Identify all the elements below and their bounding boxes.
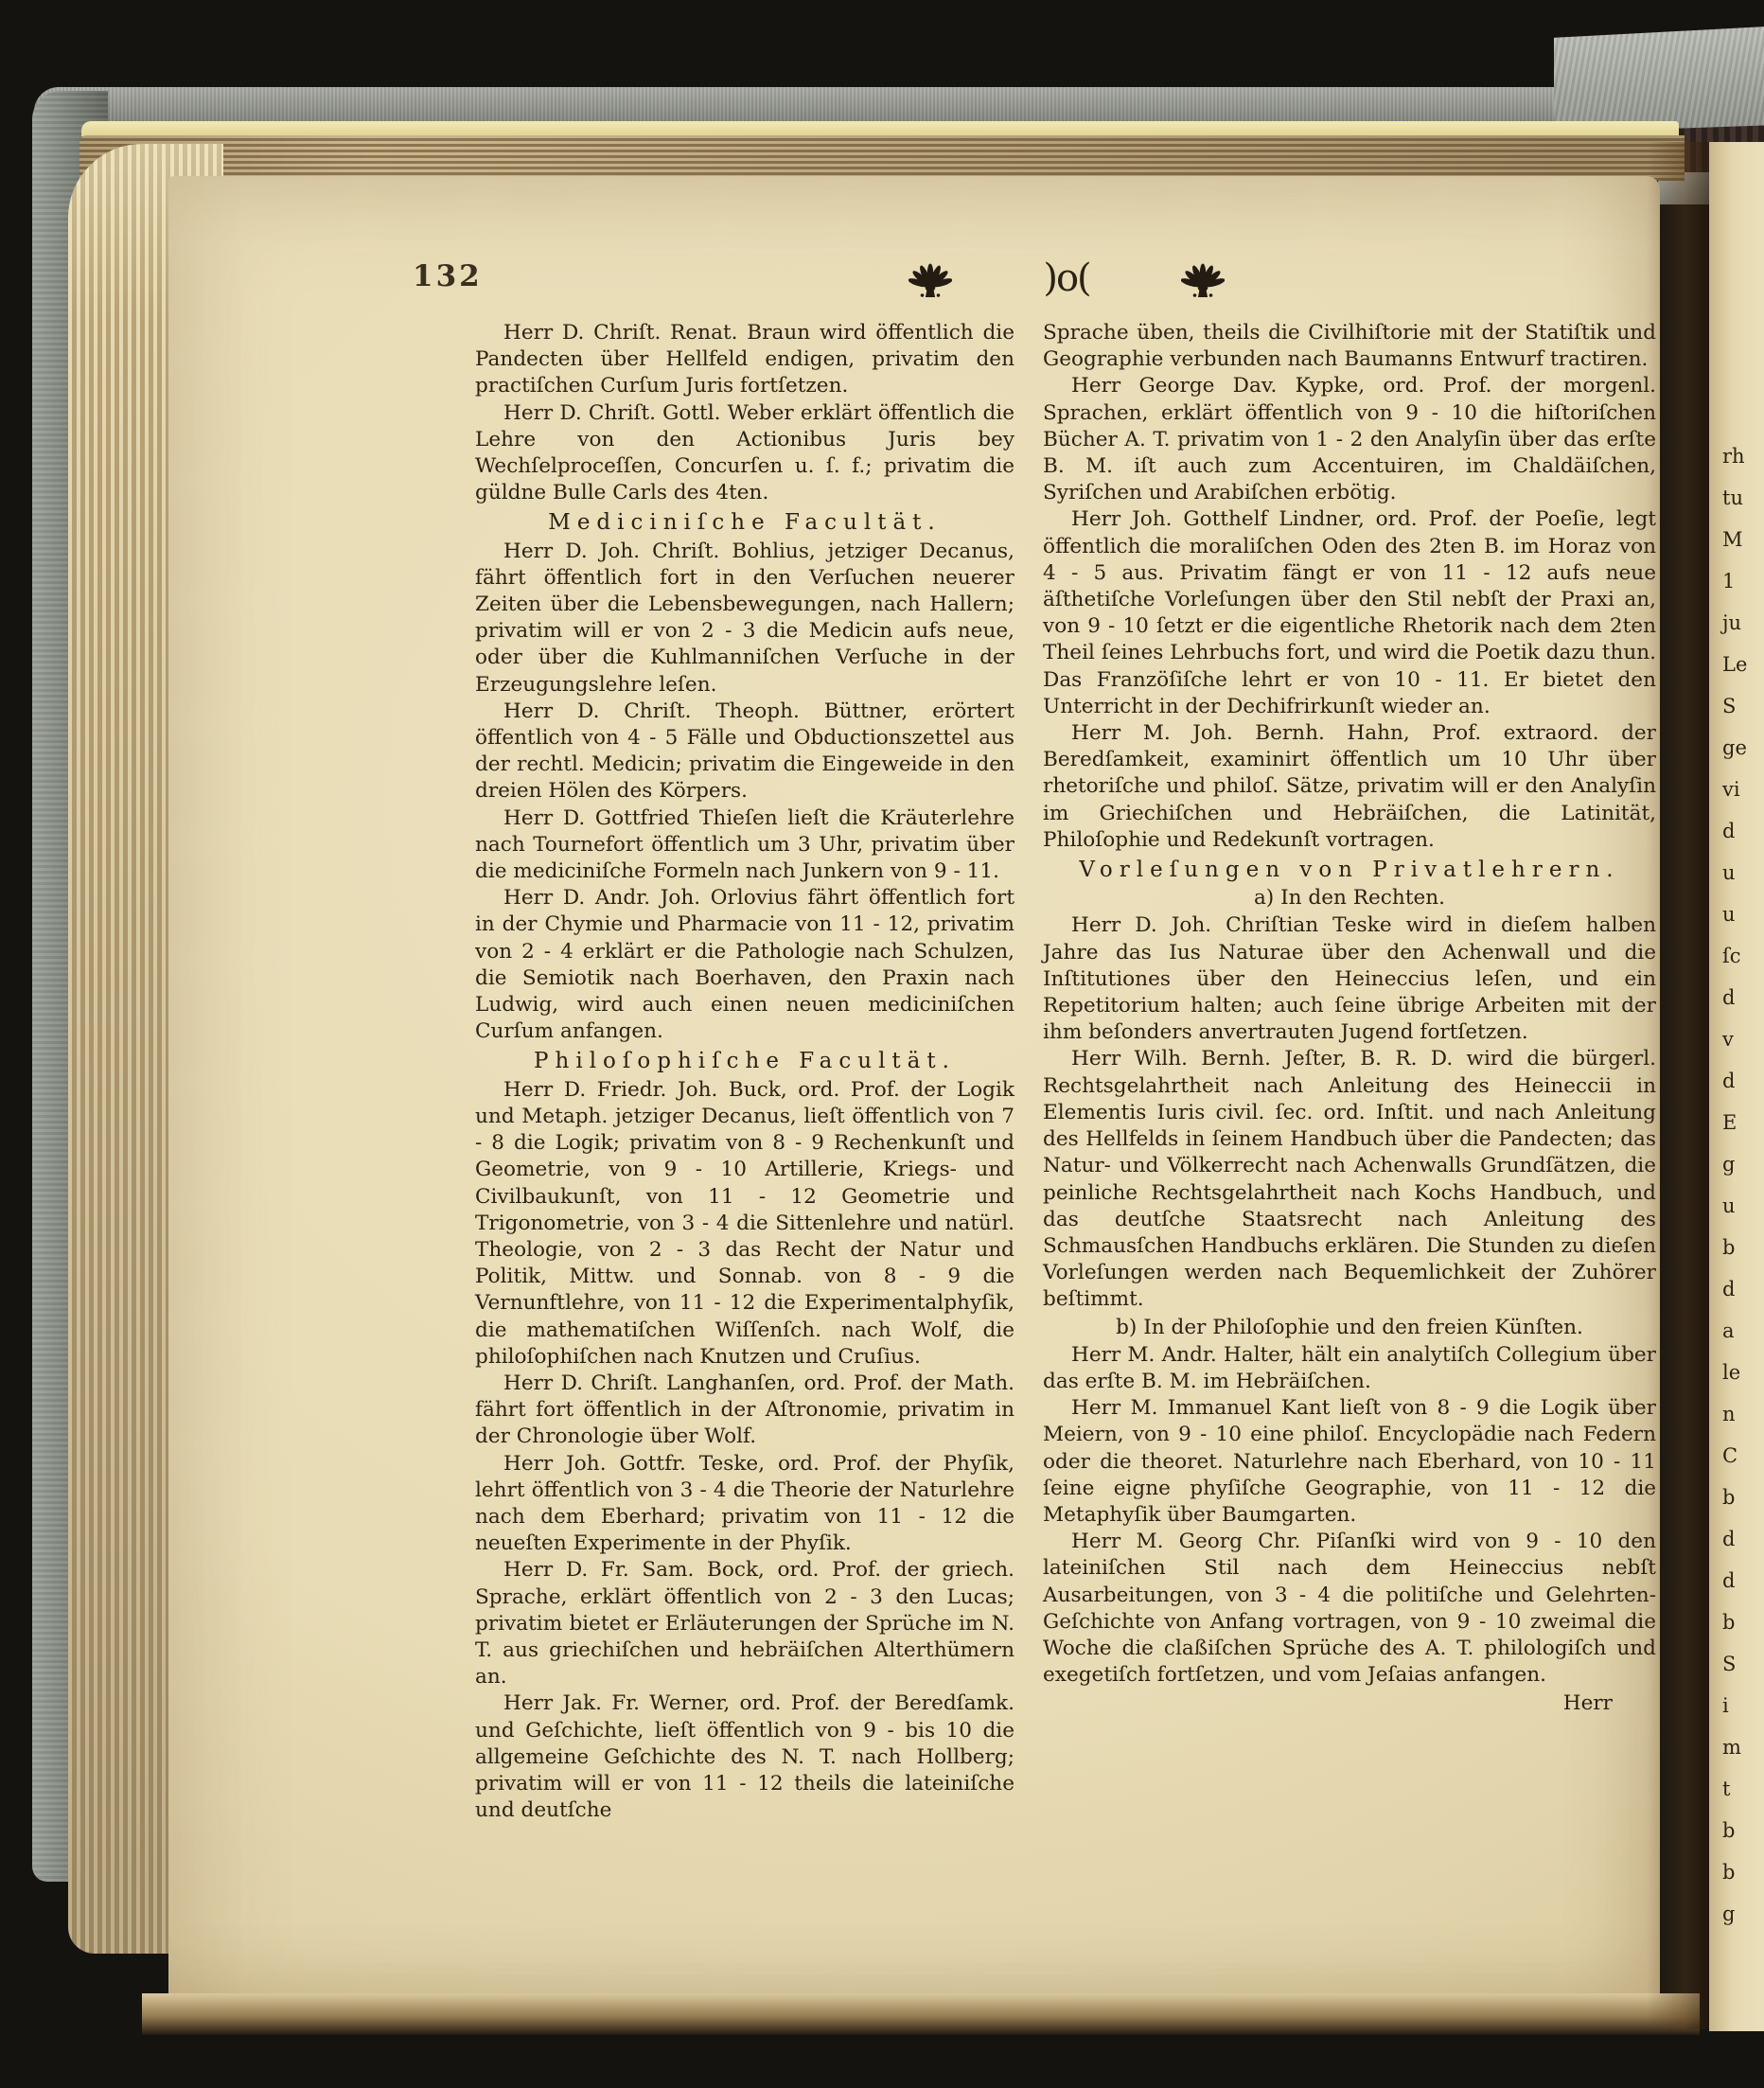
section-heading: Mediciniſche Facultät. — [475, 509, 1014, 536]
facing-page-sliver: rhtuM1juLeSgeviduuſcdvdEgubdalenCbddbSim… — [1709, 142, 1764, 2031]
facing-text-fragment: E — [1722, 1102, 1764, 1143]
facing-text-fragment: vi — [1722, 769, 1764, 810]
paragraph: Herr M. Immanuel Kant lieſt von 8 - 9 di… — [1043, 1395, 1656, 1529]
page-edges-top — [79, 135, 1685, 181]
facing-text-fragment: C — [1722, 1435, 1764, 1477]
paragraph: Herr George Dav. Kypke, ord. Prof. der m… — [1043, 373, 1656, 506]
facing-text-fragment: rh — [1722, 435, 1764, 477]
right-column: Sprache üben, theils die Civilhiſtorie m… — [1043, 320, 1656, 1824]
paragraph: Herr D. Chriſt. Langhanſen, ord. Prof. d… — [475, 1371, 1014, 1451]
paragraph: Sprache üben, theils die Civilhiſtorie m… — [1043, 320, 1656, 373]
facing-text-fragment: d — [1722, 977, 1764, 1018]
facing-text-fragment: S — [1722, 685, 1764, 727]
facing-text-fragment: d — [1722, 1060, 1764, 1102]
facing-text-fragment: Le — [1722, 644, 1764, 685]
facing-text-fragment: d — [1722, 1268, 1764, 1310]
text-columns: Herr D. Chriſt. Renat. Braun wird öffent… — [475, 320, 1656, 1824]
facing-text-fragment: g — [1722, 1143, 1764, 1185]
facing-text-fragment: m — [1722, 1726, 1764, 1768]
facing-text-fragment: i — [1722, 1685, 1764, 1726]
paragraph: Herr Joh. Gottfr. Teske, ord. Prof. der … — [475, 1451, 1014, 1558]
paragraph: Herr D. Chriſt. Gottl. Weber erklärt öff… — [475, 400, 1014, 507]
subsection-heading: b) In der Philoſophie und den freien Kün… — [1043, 1315, 1656, 1341]
facing-text-fragment: le — [1722, 1352, 1764, 1393]
paragraph: Herr D. Joh. Chriſtian Teske wird in die… — [1043, 912, 1656, 1046]
shell-ornament-icon — [908, 261, 952, 303]
facing-text-fragment: d — [1722, 1560, 1764, 1601]
paragraph: Herr D. Joh. Chriſt. Bohlius, jetziger D… — [475, 539, 1014, 699]
facing-text-fragment: ju — [1722, 602, 1764, 644]
section-heading: Philoſophiſche Facultät. — [475, 1048, 1014, 1074]
paragraph: Herr D. Fr. Sam. Bock, ord. Prof. der gr… — [475, 1557, 1014, 1690]
center-ornament: )o( — [1043, 259, 1089, 297]
gutter-shadow — [1647, 142, 1711, 2029]
paragraph: Herr D. Andr. Joh. Orlovius fährt öffent… — [475, 885, 1014, 1045]
left-column: Herr D. Chriſt. Renat. Braun wird öffent… — [475, 320, 1014, 1824]
paragraph: Herr D. Chriſt. Theoph. Büttner, erörter… — [475, 699, 1014, 805]
facing-text-fragment: 1 — [1722, 560, 1764, 602]
facing-text-fragment: S — [1722, 1643, 1764, 1685]
section-heading: Vorleſungen von Privatlehrern. — [1043, 857, 1656, 883]
top-page-edge-highlight — [81, 121, 1679, 136]
facing-text-fragment: u — [1722, 894, 1764, 935]
facing-text-fragment: n — [1722, 1393, 1764, 1435]
facing-text-fragment: t — [1722, 1768, 1764, 1810]
paragraph: Herr Wilh. Bernh. Jeſter, B. R. D. wird … — [1043, 1046, 1656, 1313]
facing-text-fragment: u — [1722, 1185, 1764, 1227]
facing-text-fragment: d — [1722, 1518, 1764, 1560]
scanned-book-photo: { "colors": { "background": "#14130f", "… — [0, 0, 1764, 2088]
paragraph: Herr M. Joh. Bernh. Hahn, Prof. extraord… — [1043, 720, 1656, 854]
paragraph: Herr Jak. Fr. Werner, ord. Prof. der Ber… — [475, 1690, 1014, 1824]
facing-text-fragment: b — [1722, 1227, 1764, 1268]
facing-text-fragment: ge — [1722, 727, 1764, 769]
facing-text-fragment: a — [1722, 1310, 1764, 1352]
paragraph: Herr D. Chriſt. Renat. Braun wird öffent… — [475, 320, 1014, 400]
facing-text-fragment: b — [1722, 1477, 1764, 1518]
facing-text-fragment: v — [1722, 1018, 1764, 1060]
subsection-heading: a) In den Rechten. — [1043, 885, 1656, 911]
facing-page-text-fragments: rhtuM1juLeSgeviduuſcdvdEgubdalenCbddbSim… — [1709, 142, 1764, 1935]
facing-text-fragment: b — [1722, 1601, 1764, 1643]
paragraph: Herr M. Andr. Halter, hält ein analytiſc… — [1043, 1342, 1656, 1395]
facing-text-fragment: d — [1722, 810, 1764, 852]
page-number: 132 — [413, 259, 483, 293]
facing-text-fragment: M — [1722, 519, 1764, 560]
facing-text-fragment: tu — [1722, 477, 1764, 519]
facing-text-fragment: ſc — [1722, 935, 1764, 977]
catchword: Herr — [1043, 1690, 1656, 1717]
paragraph: Herr D. Friedr. Joh. Buck, ord. Prof. de… — [475, 1077, 1014, 1371]
facing-text-fragment: g — [1722, 1893, 1764, 1935]
paragraph: Herr M. Georg Chr. Piſanſki wird von 9 -… — [1043, 1529, 1656, 1689]
facing-text-fragment: u — [1722, 852, 1764, 894]
page-edges-bottom — [142, 1993, 1700, 2035]
facing-text-fragment: b — [1722, 1810, 1764, 1851]
header-ornaments: )o( — [908, 252, 1225, 312]
facing-text-fragment: b — [1722, 1851, 1764, 1893]
paragraph: Herr Joh. Gotthelf Lindner, ord. Prof. d… — [1043, 506, 1656, 720]
paragraph: Herr D. Gottfried Thieſen lieſt die Kräu… — [475, 805, 1014, 886]
shell-ornament-icon — [1181, 261, 1225, 303]
